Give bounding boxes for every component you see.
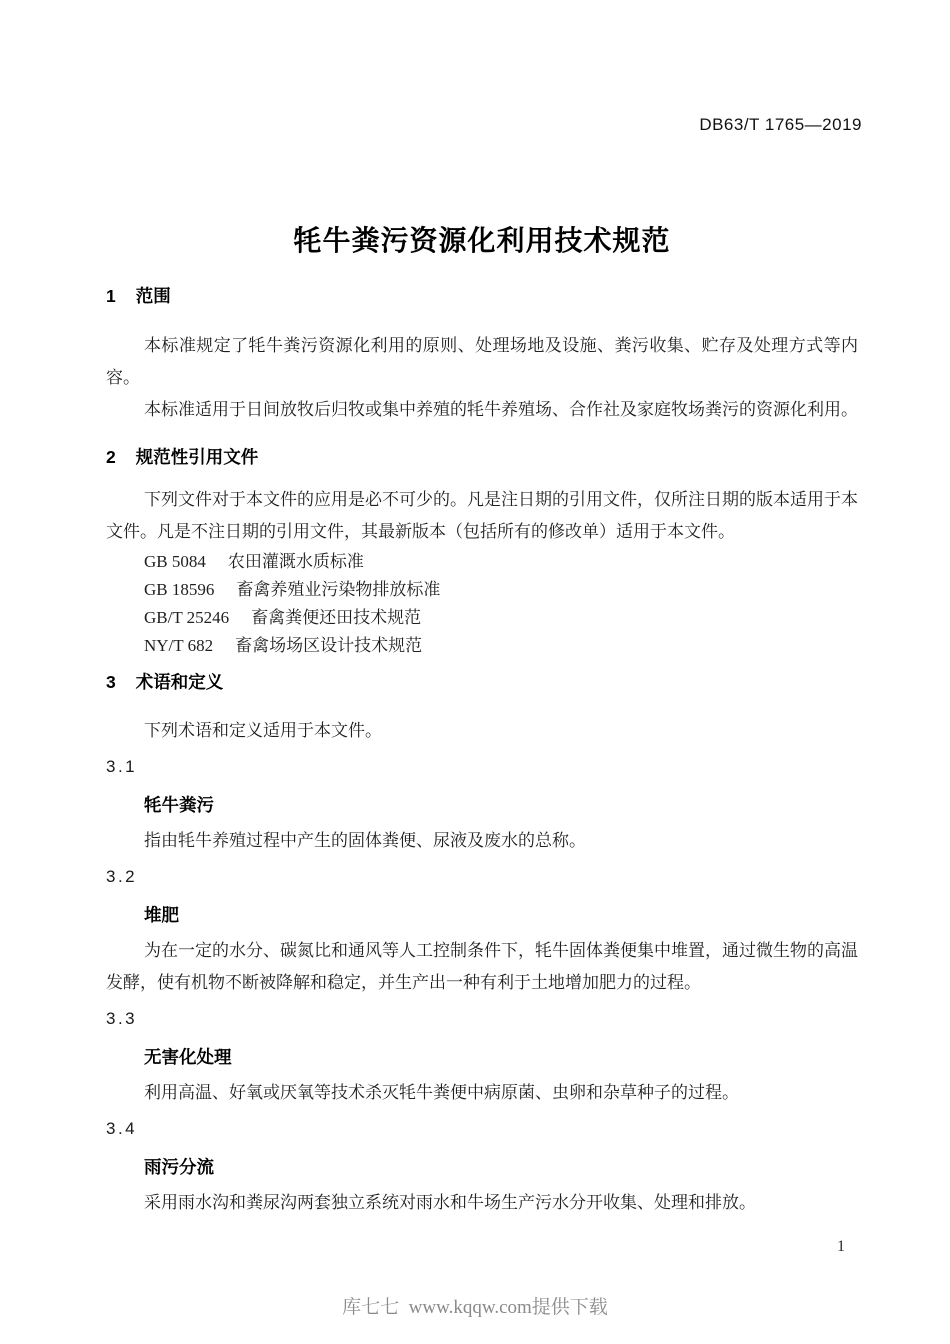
standard-code: DB63/T 1765—2019 <box>699 114 862 136</box>
section-1-paragraph-2: 本标准适用于日间放牧后归牧或集中养殖的牦牛养殖场、合作社及家庭牧场粪污的资源化利… <box>106 394 858 426</box>
reference-item: GB/T 25246畜禽粪便还田技术规范 <box>106 604 858 632</box>
document-title: 牦牛粪污资源化利用技术规范 <box>106 223 858 259</box>
section-1-number: 1 <box>106 286 116 306</box>
term-definition-3-1: 指由牦牛养殖过程中产生的固体粪便、尿液及废水的总称。 <box>106 825 858 857</box>
term-definition-3-3: 利用高温、好氧或厌氧等技术杀灭牦牛粪便中病原菌、虫卵和杂草种子的过程。 <box>106 1077 858 1109</box>
reference-code: GB 5084 <box>144 548 206 576</box>
term-title-3-1: 牦牛粪污 <box>144 794 858 816</box>
reference-item: NY/T 682畜禽场场区设计技术规范 <box>106 632 858 660</box>
term-title-3-2: 堆肥 <box>144 904 858 926</box>
reference-item: GB 5084农田灌溉水质标准 <box>106 548 858 576</box>
section-3-title: 术语和定义 <box>136 672 224 692</box>
term-title-3-4: 雨污分流 <box>144 1156 858 1178</box>
reference-code: GB/T 25246 <box>144 604 229 632</box>
section-3-heading: 3术语和定义 <box>106 671 858 693</box>
watermark-download-source: 库七七 www.kqqw.com提供下载 <box>0 1296 950 1320</box>
section-2-paragraph-1: 下列文件对于本文件的应用是必不可少的。凡是注日期的引用文件，仅所注日期的版本适用… <box>106 484 858 548</box>
section-1-paragraph-1: 本标准规定了牦牛粪污资源化利用的原则、处理场地及设施、粪污收集、贮存及处理方式等… <box>106 330 858 394</box>
section-2-number: 2 <box>106 447 116 467</box>
section-3-number: 3 <box>106 672 116 692</box>
reference-name: 畜禽场场区设计技术规范 <box>235 636 422 655</box>
reference-item: GB 18596畜禽养殖业污染物排放标准 <box>106 576 858 604</box>
clause-number-3-3: 3.3 <box>106 1008 858 1030</box>
term-definition-3-4: 采用雨水沟和粪尿沟两套独立系统对雨水和牛场生产污水分开收集、处理和排放。 <box>106 1187 858 1219</box>
document-body: 1范围 本标准规定了牦牛粪污资源化利用的原则、处理场地及设施、粪污收集、贮存及处… <box>106 285 858 1219</box>
section-2-heading: 2规范性引用文件 <box>106 446 858 468</box>
section-1-heading: 1范围 <box>106 285 858 307</box>
reference-name: 畜禽养殖业污染物排放标准 <box>236 580 440 599</box>
reference-name: 畜禽粪便还田技术规范 <box>251 608 421 627</box>
clause-number-3-4: 3.4 <box>106 1118 858 1140</box>
reference-code: GB 18596 <box>144 576 214 604</box>
section-2-title: 规范性引用文件 <box>136 447 259 467</box>
document-page: DB63/T 1765—2019 牦牛粪污资源化利用技术规范 1范围 本标准规定… <box>0 0 950 1344</box>
reference-name: 农田灌溉水质标准 <box>228 552 364 571</box>
term-title-3-3: 无害化处理 <box>144 1046 858 1068</box>
clause-number-3-2: 3.2 <box>106 866 858 888</box>
page-number: 1 <box>837 1236 845 1258</box>
section-3-paragraph-1: 下列术语和定义适用于本文件。 <box>106 715 858 747</box>
reference-code: NY/T 682 <box>144 632 213 660</box>
normative-references-list: GB 5084农田灌溉水质标准 GB 18596畜禽养殖业污染物排放标准 GB/… <box>106 548 858 660</box>
term-definition-3-2: 为在一定的水分、碳氮比和通风等人工控制条件下，牦牛固体粪便集中堆置，通过微生物的… <box>106 935 858 999</box>
section-1-title: 范围 <box>136 286 171 306</box>
clause-number-3-1: 3.1 <box>106 756 858 778</box>
